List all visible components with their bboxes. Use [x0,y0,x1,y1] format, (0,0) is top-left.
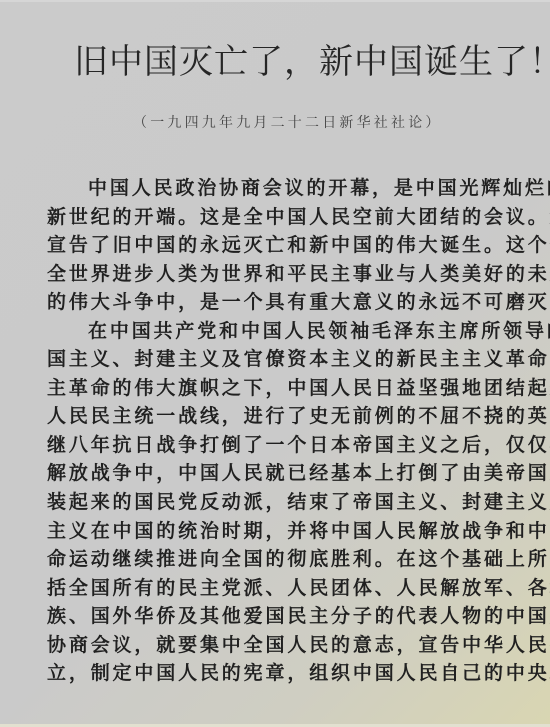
text-line: 解放战争中，中国人民就已经基本上打倒了由美帝国主义所武 [47,459,531,488]
page-title: 旧中国灭亡了，新中国诞生了！ [74,40,494,84]
text-line: 的伟大斗争中，是一个具有重大意义的永远不可磨灭的贡献。 [47,288,531,317]
text-line: 主革命的伟大旗帜之下，中国人民日益坚强地团结起来，结成了 [47,374,531,403]
text-line: 继八年抗日战争打倒了一个日本帝国主义之后，仅仅在三年的 [47,431,531,460]
text-line: 人民民主统一战线，进行了史无前例的不屈不挠的英勇斗争。 [47,402,531,431]
text-line: 国主义、封建主义及官僚资本主义的新民主主义革命即人民民 [47,345,531,374]
subtitle-attribution: （一九四九年九月二十二日新华社社论） [133,113,443,133]
text-line: 协商会议，就要集中全国人民的意志，宣告中华人民共和国的成 [47,631,531,660]
page-edge-top [0,0,550,2]
text-line: 装起来的国民党反动派，结束了帝国主义、封建主义及官僚资本 [47,488,531,517]
text-line: 族、国外华侨及其他爱国民主分子的代表人物的中国人民政治 [47,602,531,631]
text-line: 全世界进步人类为世界和平民主事业与人类美好的未来而进行 [47,260,531,289]
text-line: 宣告了旧中国的永远灭亡和新中国的伟大诞生。这个会议，在 [47,231,531,260]
body-text: 中国人民政治协商会议的开幕，是中国光辉灿烂的人民的 新世纪的开端。这是全中国人民… [47,174,531,688]
text-line: 命运动继续推进向全国的彻底胜利。在这个基础上所召开的包 [47,545,531,574]
text-line: 括全国所有的民主党派、人民团体、人民解放军、各地区、各民 [47,574,531,603]
text-line: 立，制定中国人民的宪章，组织中国人民自己的中央政府。 [47,659,531,688]
text-line: 主义在中国的统治时期，并将中国人民解放战争和中国人民革 [47,517,531,546]
text-line: 中国人民政治协商会议的开幕，是中国光辉灿烂的人民的 [47,174,531,203]
text-line: 新世纪的开端。这是全中国人民空前大团结的会议。这个会议 [47,203,531,232]
text-line: 在中国共产党和中国人民领袖毛泽东主席所领导的反对帝 [47,317,531,346]
